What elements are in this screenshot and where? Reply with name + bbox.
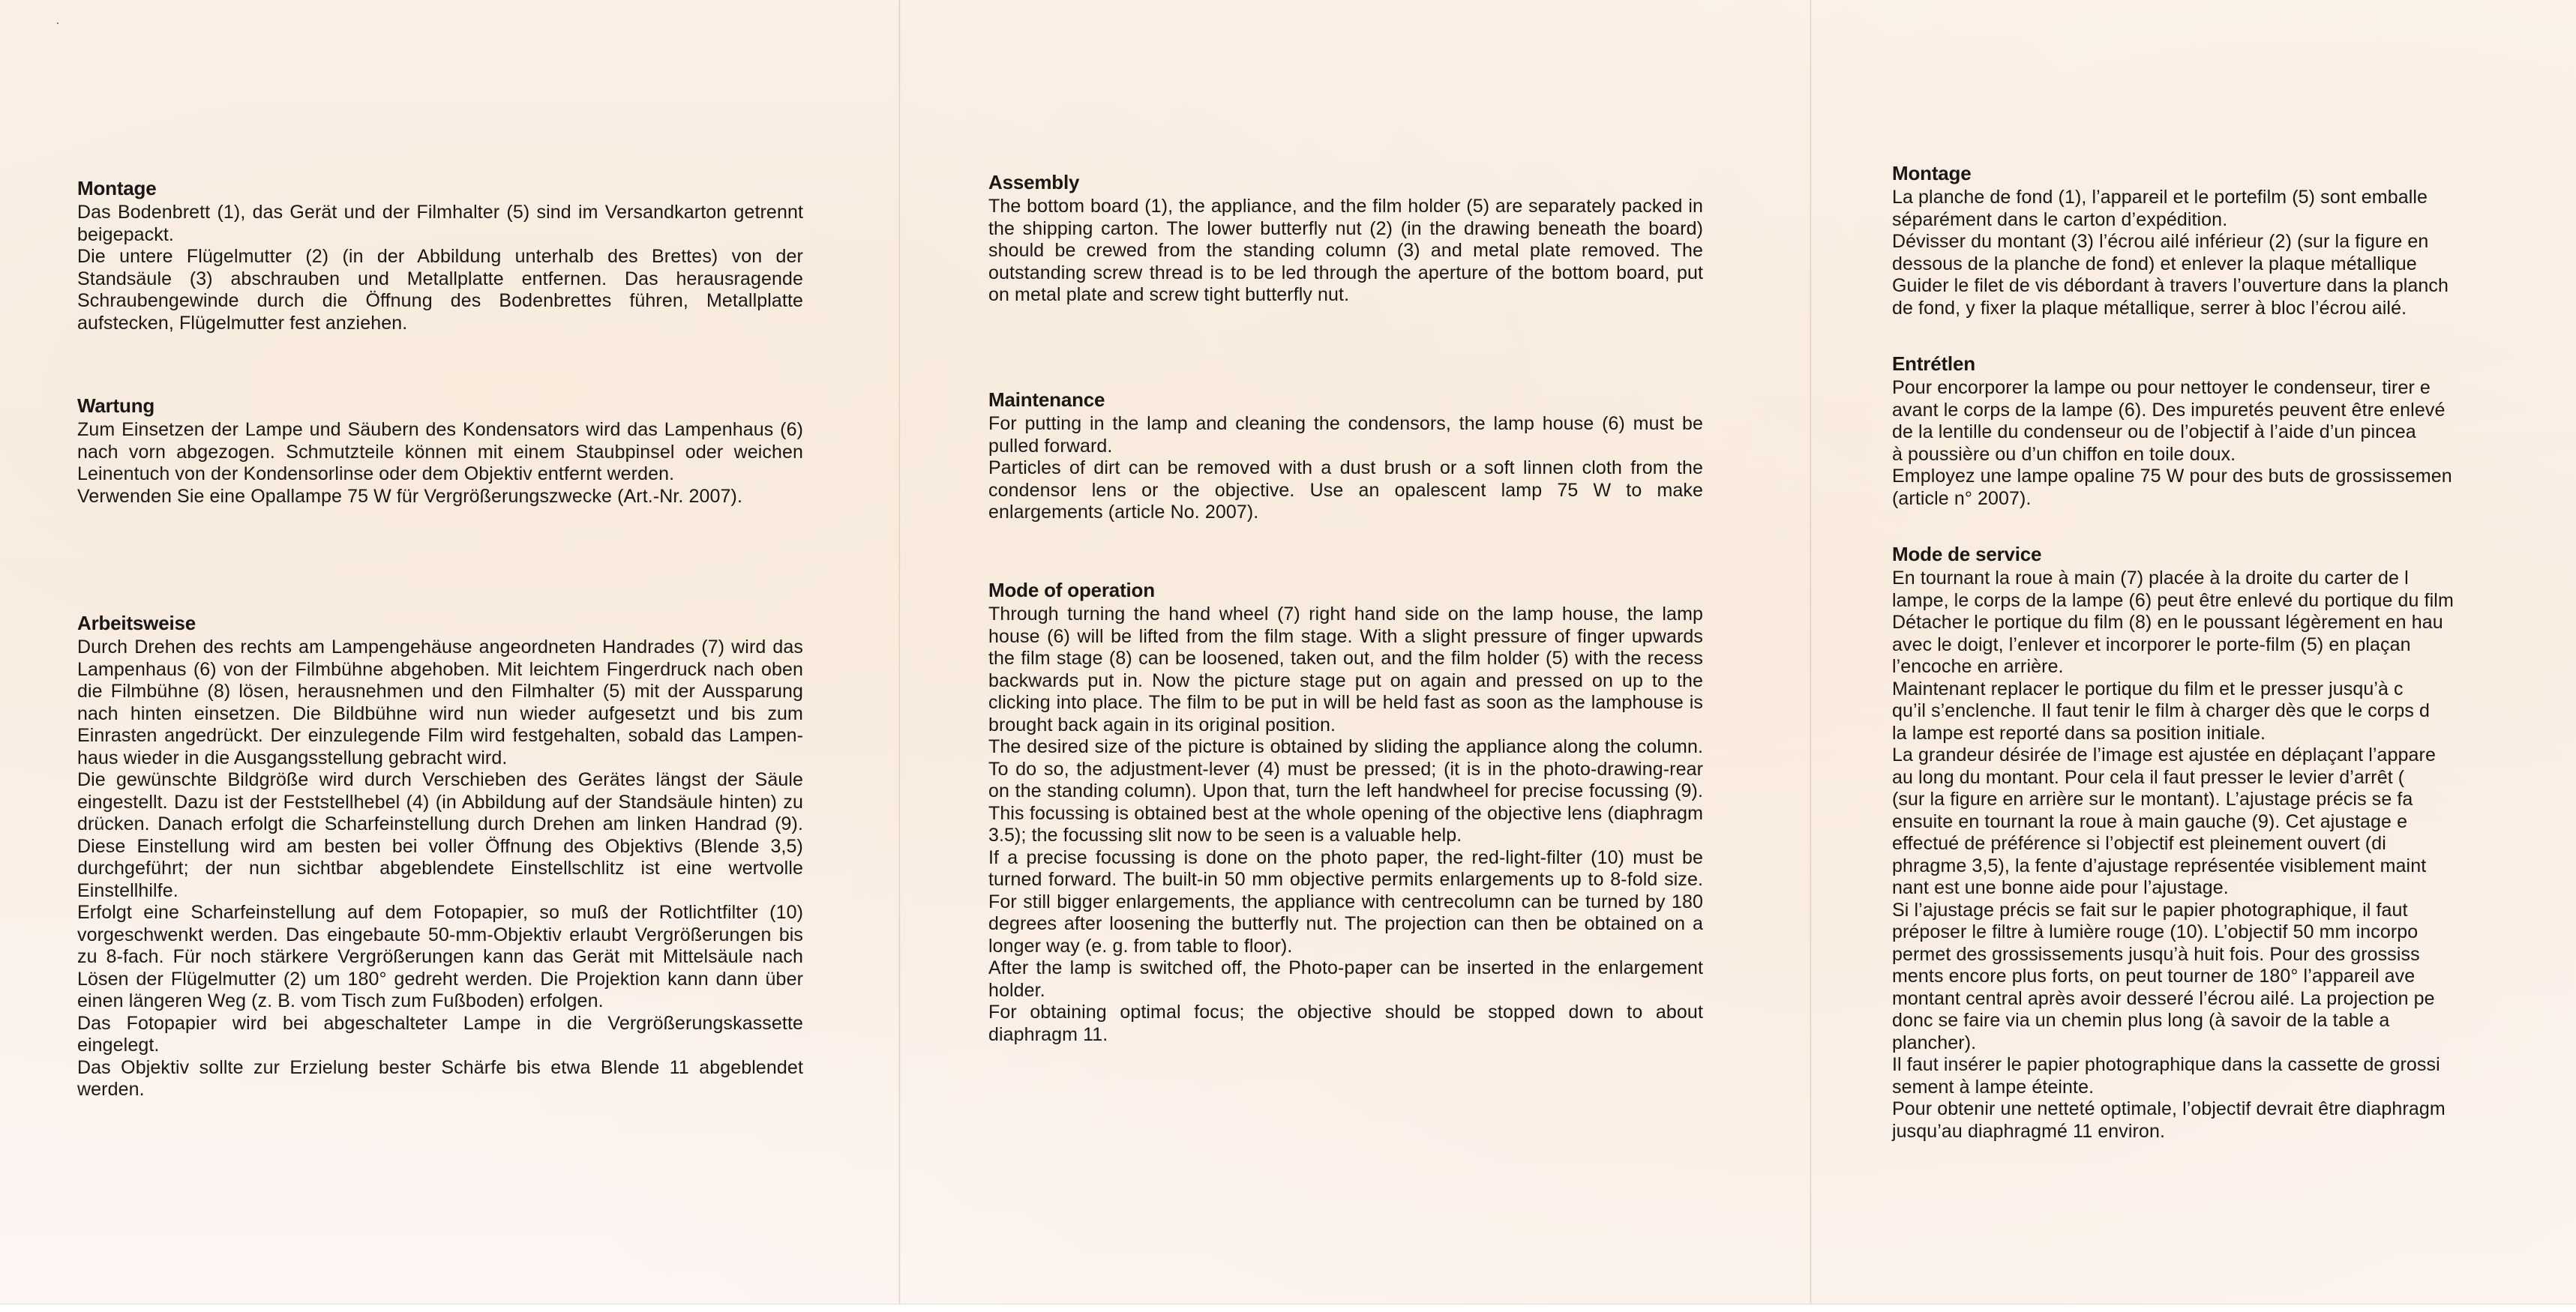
text-line: jusqu’au diaphragmé 11 environ. (1892, 1121, 2576, 1143)
section-mode-de-service-fr: Mode de service En tournant la roue à ma… (1892, 543, 2576, 1143)
text-line: nant est une bonne aide pour l’ajustage. (1892, 877, 2576, 900)
text-line: La grandeur désirée de l’image est ajust… (1892, 744, 2576, 767)
text-line: au long du montant. Pour cela il faut pr… (1892, 767, 2576, 789)
text-line: qu’il s’enclenche. Il faut tenir le film… (1892, 700, 2576, 723)
scanned-leaflet: Montage Das Bodenbrett (1), das Gerät un… (0, 0, 2576, 1312)
paragraph: Pour encorporer la lampe ou pour nettoye… (1892, 377, 2576, 510)
text-line: sement à lampe éteinte. (1892, 1077, 2576, 1099)
text-line: de fond, y fixer la plaque métallique, s… (1892, 298, 2576, 320)
text-line: séparément dans le carton d’expédition. (1892, 209, 2576, 232)
french-column-clip: Montage La planche de fond (1), l’appare… (0, 0, 2576, 1312)
text-line: dessous de la planche de fond) et enleve… (1892, 253, 2576, 276)
section-heading: Montage (1892, 162, 2576, 185)
text-line: En tournant la roue à main (7) placée à … (1892, 568, 2576, 590)
paragraph: La planche de fond (1), l’appareil et le… (1892, 187, 2576, 319)
text-line: montant central après avoir desseré l’éc… (1892, 988, 2576, 1011)
text-line: avant le corps de la lampe (6). Des impu… (1892, 400, 2576, 422)
text-line: Il faut insérer le papier photographique… (1892, 1054, 2576, 1077)
section-heading: Entrétlen (1892, 352, 2576, 376)
paragraph: En tournant la roue à main (7) placée à … (1892, 568, 2576, 1143)
text-line: Pour encorporer la lampe ou pour nettoye… (1892, 377, 2576, 400)
text-line: avec le doigt, l’enlever et incorporer l… (1892, 634, 2576, 657)
text-line: permet des grossissements jusqu’à huit f… (1892, 944, 2576, 966)
section-montage-fr: Montage La planche de fond (1), l’appare… (1892, 162, 2576, 319)
text-line: de la lentille du condenseur ou de l’obj… (1892, 421, 2576, 444)
text-line: Maintenant replacer le portique du film … (1892, 678, 2576, 701)
text-line: Pour obtenir une netteté optimale, l’obj… (1892, 1098, 2576, 1121)
text-line: plancher). (1892, 1032, 2576, 1055)
section-entretien-fr: Entrétlen Pour encorporer la lampe ou po… (1892, 352, 2576, 510)
text-line: Dévisser du montant (3) l’écrou ailé inf… (1892, 231, 2576, 253)
text-line: lampe, le corps de la lampe (6) peut êtr… (1892, 590, 2576, 613)
text-line: (sur la figure en arrière sur le montant… (1892, 789, 2576, 811)
text-line: phragme 3,5), la fente d’ajustage représ… (1892, 855, 2576, 878)
text-line: ments encore plus forts, on peut tourner… (1892, 966, 2576, 988)
text-line: Guider le filet de vis débordant à trave… (1892, 275, 2576, 298)
text-line: Si l’ajustage précis se fait sur le papi… (1892, 900, 2576, 922)
text-line: l’encoche en arrière. (1892, 656, 2576, 678)
text-line: (article n° 2007). (1892, 488, 2576, 511)
text-line: à poussière ou d’un chiffon en toile dou… (1892, 444, 2576, 466)
text-line: la lampe est reporté dans sa position in… (1892, 723, 2576, 745)
text-line: La planche de fond (1), l’appareil et le… (1892, 187, 2576, 209)
text-line: Employez une lampe opaline 75 W pour des… (1892, 466, 2576, 488)
text-line: donc se faire via un chemin plus long (à… (1892, 1010, 2576, 1032)
section-heading: Mode de service (1892, 543, 2576, 566)
text-line: Détacher le portique du film (8) en le p… (1892, 612, 2576, 634)
text-line: préposer le filtre à lumière rouge (10).… (1892, 921, 2576, 944)
text-line: effectué de préférence si l’objectif est… (1892, 833, 2576, 855)
paper-bottom-edge (0, 1304, 2576, 1312)
text-line: ensuite en tournant la roue à main gauch… (1892, 811, 2576, 834)
